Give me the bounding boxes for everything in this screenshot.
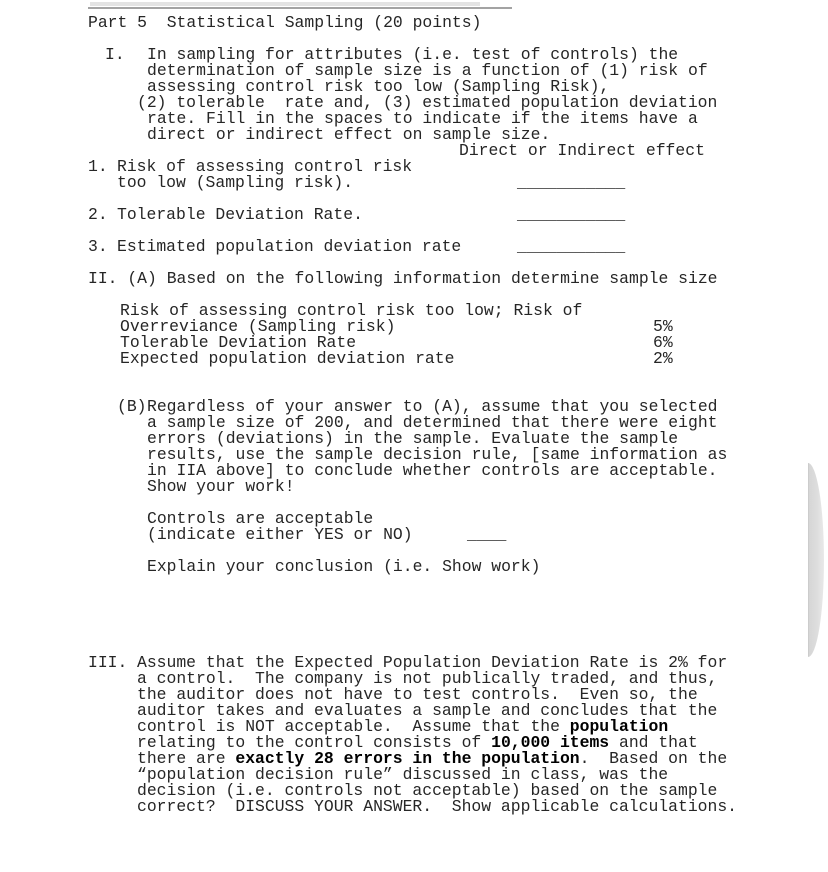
explain-prompt: Explain your conclusion (i.e. Show work) (147, 559, 540, 575)
item-number: 1. (88, 159, 108, 175)
section1-marker: I. (105, 47, 125, 63)
page-turn-handle[interactable] (808, 463, 824, 657)
criteria-value: 2% (653, 351, 673, 367)
document-page: Part 5 Statistical Sampling (20 points) … (0, 0, 828, 872)
item-number: 3. (88, 239, 108, 255)
answer-blank-line: ___________ (517, 239, 625, 255)
item-number: 2. (88, 207, 108, 223)
answer-blank-line: ___________ (517, 175, 625, 191)
direct-indirect-header: Direct or Indirect effect (459, 143, 705, 159)
item-label: Estimated population deviation rate (117, 239, 461, 255)
criteria-label: Expected population deviation rate (120, 351, 454, 367)
page-title: Part 5 Statistical Sampling (20 points) (88, 15, 481, 31)
indicate-yes-no-label: (indicate either YES or NO) (147, 527, 413, 543)
answer-blank-short: ____ (467, 527, 506, 543)
answer-blank-line: ___________ (517, 207, 625, 223)
top-rule (88, 7, 512, 9)
item-label: too low (Sampling risk). (117, 175, 353, 191)
section3-line: correct? DISCUSS YOUR ANSWER. Show appli… (137, 799, 737, 815)
item-label: Tolerable Deviation Rate. (117, 207, 363, 223)
section2-heading: II. (A) Based on the following informati… (88, 271, 718, 287)
partb-marker: (B) (117, 399, 147, 415)
top-rule-light (90, 2, 480, 6)
section3-marker: III. (88, 655, 127, 671)
partb-line: Show your work! (147, 479, 295, 495)
